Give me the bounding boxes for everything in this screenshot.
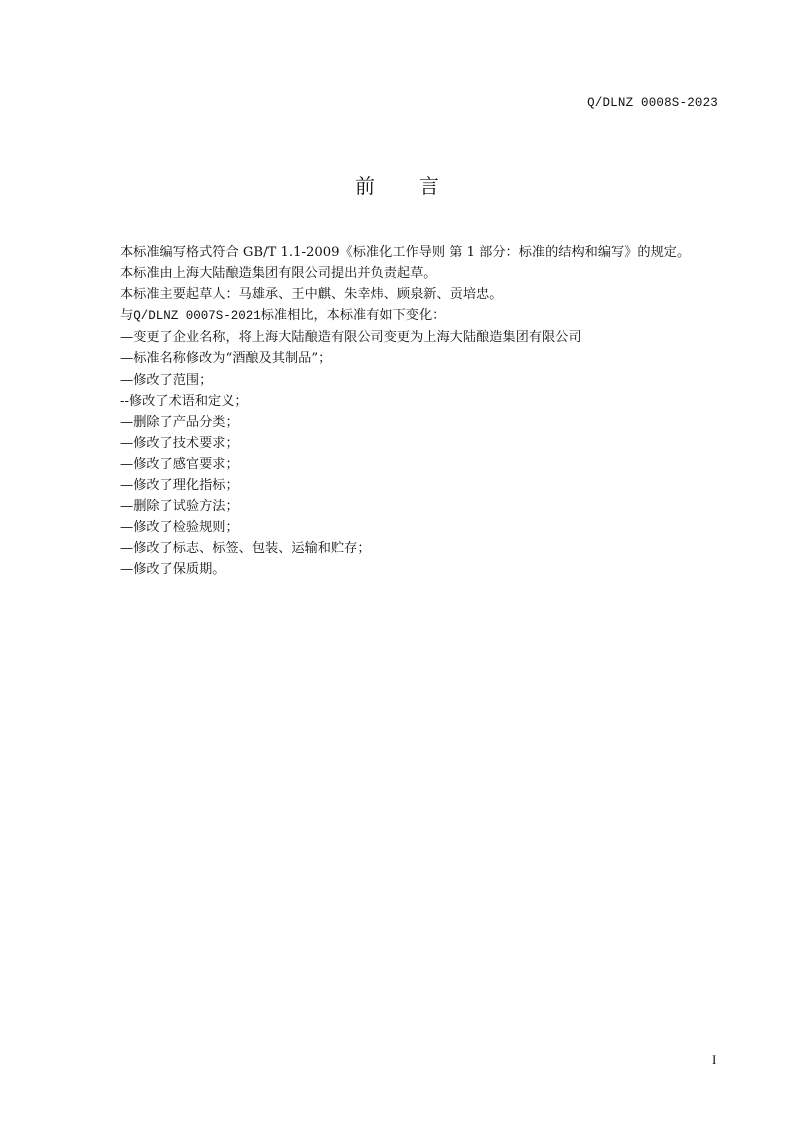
title-char-1: 前 [355, 172, 375, 200]
paragraph-drafters: 本标准主要起草人：马雄承、王中麒、朱幸炜、顾泉新、贡培忠。 [120, 284, 730, 305]
change-item: —变更了企业名称，将上海大陆酿造有限公司变更为上海大陆酿造集团有限公司 [120, 327, 730, 348]
change-item: —修改了标志、标签、包装、运输和贮存； [120, 538, 730, 559]
change-item: —修改了理化指标； [120, 475, 730, 496]
change-item: —标准名称修改为“酒酿及其制品”； [120, 348, 730, 369]
change-item: —修改了范围； [120, 370, 730, 391]
standard-code-header: Q/DLNZ 0008S-2023 [587, 95, 718, 111]
paragraph-comparison-intro: 与Q/DLNZ 0007S-2021标准相比，本标准有如下变化： [120, 305, 730, 327]
change-item: —修改了技术要求； [120, 433, 730, 454]
change-item: —删除了试验方法； [120, 496, 730, 517]
previous-standard-code: Q/DLNZ 0007S-2021 [133, 309, 261, 323]
change-item: —修改了感官要求； [120, 454, 730, 475]
page-title: 前言 [0, 172, 794, 200]
foreword-body: 本标准编写格式符合 GB/T 1.1-2009《标准化工作导则 第 1 部分：标… [120, 242, 730, 581]
change-item: —修改了保质期。 [120, 559, 730, 580]
paragraph-drafting-organization: 本标准由上海大陆酿造集团有限公司提出并负责起草。 [120, 263, 730, 284]
comparison-prefix: 与 [120, 308, 133, 323]
page-number: I [712, 1052, 716, 1068]
change-item: —修改了检验规则； [120, 517, 730, 538]
change-item: —删除了产品分类； [120, 412, 730, 433]
title-char-2: 言 [419, 172, 439, 200]
paragraph-format-compliance: 本标准编写格式符合 GB/T 1.1-2009《标准化工作导则 第 1 部分：标… [120, 242, 730, 263]
comparison-suffix: 标准相比，本标准有如下变化： [261, 308, 446, 323]
change-item: --修改了术语和定义； [120, 391, 730, 412]
